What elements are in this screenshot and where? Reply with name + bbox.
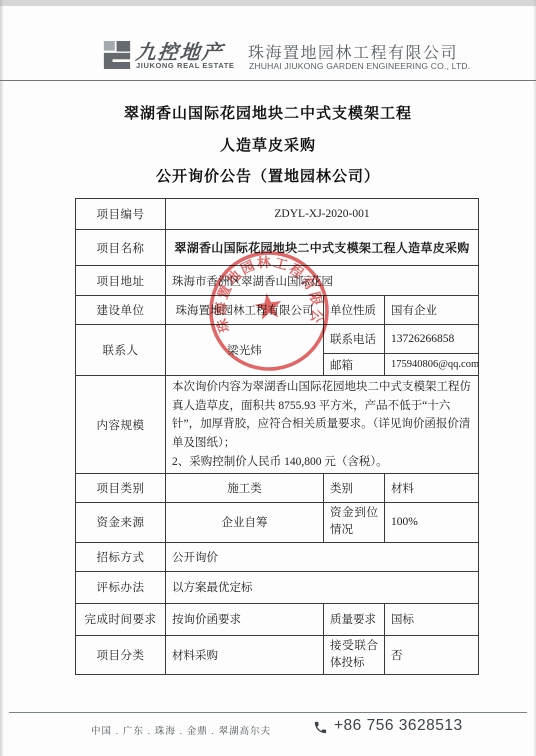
table-row: 完成时间要求 按询价函要求 质量要求 国标: [76, 603, 479, 635]
table-row: 项目分类 材料采购 接受联合体投标 否: [76, 635, 479, 675]
funding-value: 企业自筹: [166, 503, 324, 543]
header-divider: [0, 80, 536, 81]
phone-icon: [313, 720, 328, 735]
project-name-label: 项目名称: [76, 230, 166, 266]
table-row: 资金来源 企业自筹 资金到位情况 100%: [76, 503, 479, 543]
document-page: 九控地产 JIUKONG REAL ESTATE 珠海置地园林工程有限公司 ZH…: [0, 0, 536, 756]
deadline-value: 按询价函要求: [166, 603, 324, 635]
footer-divider: [9, 712, 527, 713]
builder-value: 珠海置地园林工程有限公司: [166, 296, 324, 325]
table-row: 项目名称 翠湖香山国际花园地块二中式支模架工程人造草皮采购: [76, 230, 479, 266]
scope-paragraph-2: 2、采购控制价人民币 140,800 元（含税）。: [172, 453, 472, 472]
footer-phone-number: +86 756 3628513: [334, 717, 463, 735]
deadline-label: 完成时间要求: [76, 603, 166, 635]
project-name-value: 翠湖香山国际花园地块二中式支模架工程人造草皮采购: [166, 230, 479, 266]
quality-value: 国标: [385, 603, 479, 635]
jiukong-logo-icon: [103, 40, 131, 70]
project-no-value: ZDYL-XJ-2020-001: [166, 199, 479, 230]
document-title: 翠湖香山国际花园地块二中式支模架工程 人造草皮采购 公开询价公告（置地园林公司）: [0, 99, 536, 194]
table-row: 建设单位 珠海置地园林工程有限公司 单位性质 国有企业: [76, 296, 479, 325]
table-row: 招标方式 公开询价: [76, 542, 479, 571]
funding-status-label: 资金到位情况: [324, 503, 385, 543]
funding-status-value: 100%: [385, 503, 479, 543]
table-row: 内容规模 本次询价内容为翠湖香山国际花园地块二中式支模架工程仿真人造草皮，面积共…: [76, 376, 479, 474]
email-label: 邮箱: [324, 354, 385, 376]
contact-value: 梁光炜: [166, 325, 324, 376]
project-no-label: 项目编号: [76, 199, 166, 230]
category-label: 项目类别: [76, 474, 166, 503]
consortium-label: 接受联合体投标: [324, 635, 385, 675]
table-row: 项目类别 施工类 类别 材料: [76, 474, 479, 503]
funding-label: 资金来源: [76, 503, 166, 543]
project-info-table: 项目编号 ZDYL-XJ-2020-001 项目名称 翠湖香山国际花园地块二中式…: [75, 198, 479, 675]
table-row: 评标办法 以方案最优定标: [76, 571, 479, 603]
quality-label: 质量要求: [324, 603, 385, 635]
builder-label: 建设单位: [76, 296, 166, 325]
bidding-value: 公开询价: [166, 542, 479, 571]
classification-value: 材料采购: [166, 635, 324, 675]
table-row: 项目地址 珠海市香洲区翠湖香山国际花园: [76, 266, 479, 296]
footer-address: 中国 . 广东 . 珠海 . 金鼎 . 翠湖高尔夫: [91, 723, 271, 737]
unit-nature-value: 国有企业: [385, 296, 479, 325]
table-row: 项目编号 ZDYL-XJ-2020-001: [76, 199, 479, 230]
classification-label: 项目分类: [76, 635, 166, 675]
evaluation-label: 评标办法: [76, 571, 166, 603]
evaluation-value: 以方案最优定标: [166, 571, 479, 603]
contact-phone-label: 联系电话: [324, 325, 385, 354]
contact-phone-value: 13726266858: [385, 325, 479, 354]
company-name-en: ZHUHAI JIUKONG GARDEN ENGINEERING CO., L…: [249, 61, 470, 71]
unit-nature-label: 单位性质: [324, 296, 385, 325]
title-line-2: 人造草皮采购: [0, 131, 536, 163]
table-row: 联系人 梁光炜 联系电话 13726266858: [76, 325, 479, 354]
project-address-label: 项目地址: [76, 266, 166, 296]
letterhead: 九控地产 JIUKONG REAL ESTATE 珠海置地园林工程有限公司 ZH…: [0, 0, 536, 81]
contact-label: 联系人: [76, 325, 166, 376]
brand-name-en: JIUKONG REAL ESTATE: [136, 61, 235, 70]
type-label: 类别: [324, 474, 385, 503]
company-name-cn: 珠海置地园林工程有限公司: [248, 40, 458, 63]
scope-value: 本次询价内容为翠湖香山国际花园地块二中式支模架工程仿真人造草皮，面积共 8755…: [166, 376, 479, 474]
consortium-value: 否: [385, 635, 479, 675]
email-value: 175940806@qq.com: [385, 354, 479, 376]
project-address-value: 珠海市香洲区翠湖香山国际花园: [166, 266, 479, 296]
type-value: 材料: [385, 474, 479, 503]
scope-paragraph-1: 本次询价内容为翠湖香山国际花园地块二中式支模架工程仿真人造草皮，面积共 8755…: [172, 378, 472, 453]
scope-label: 内容规模: [76, 376, 166, 474]
bidding-label: 招标方式: [76, 542, 166, 571]
category-value: 施工类: [166, 474, 324, 503]
title-line-1: 翠湖香山国际花园地块二中式支模架工程: [0, 99, 536, 131]
title-line-3: 公开询价公告（置地园林公司）: [0, 162, 536, 194]
